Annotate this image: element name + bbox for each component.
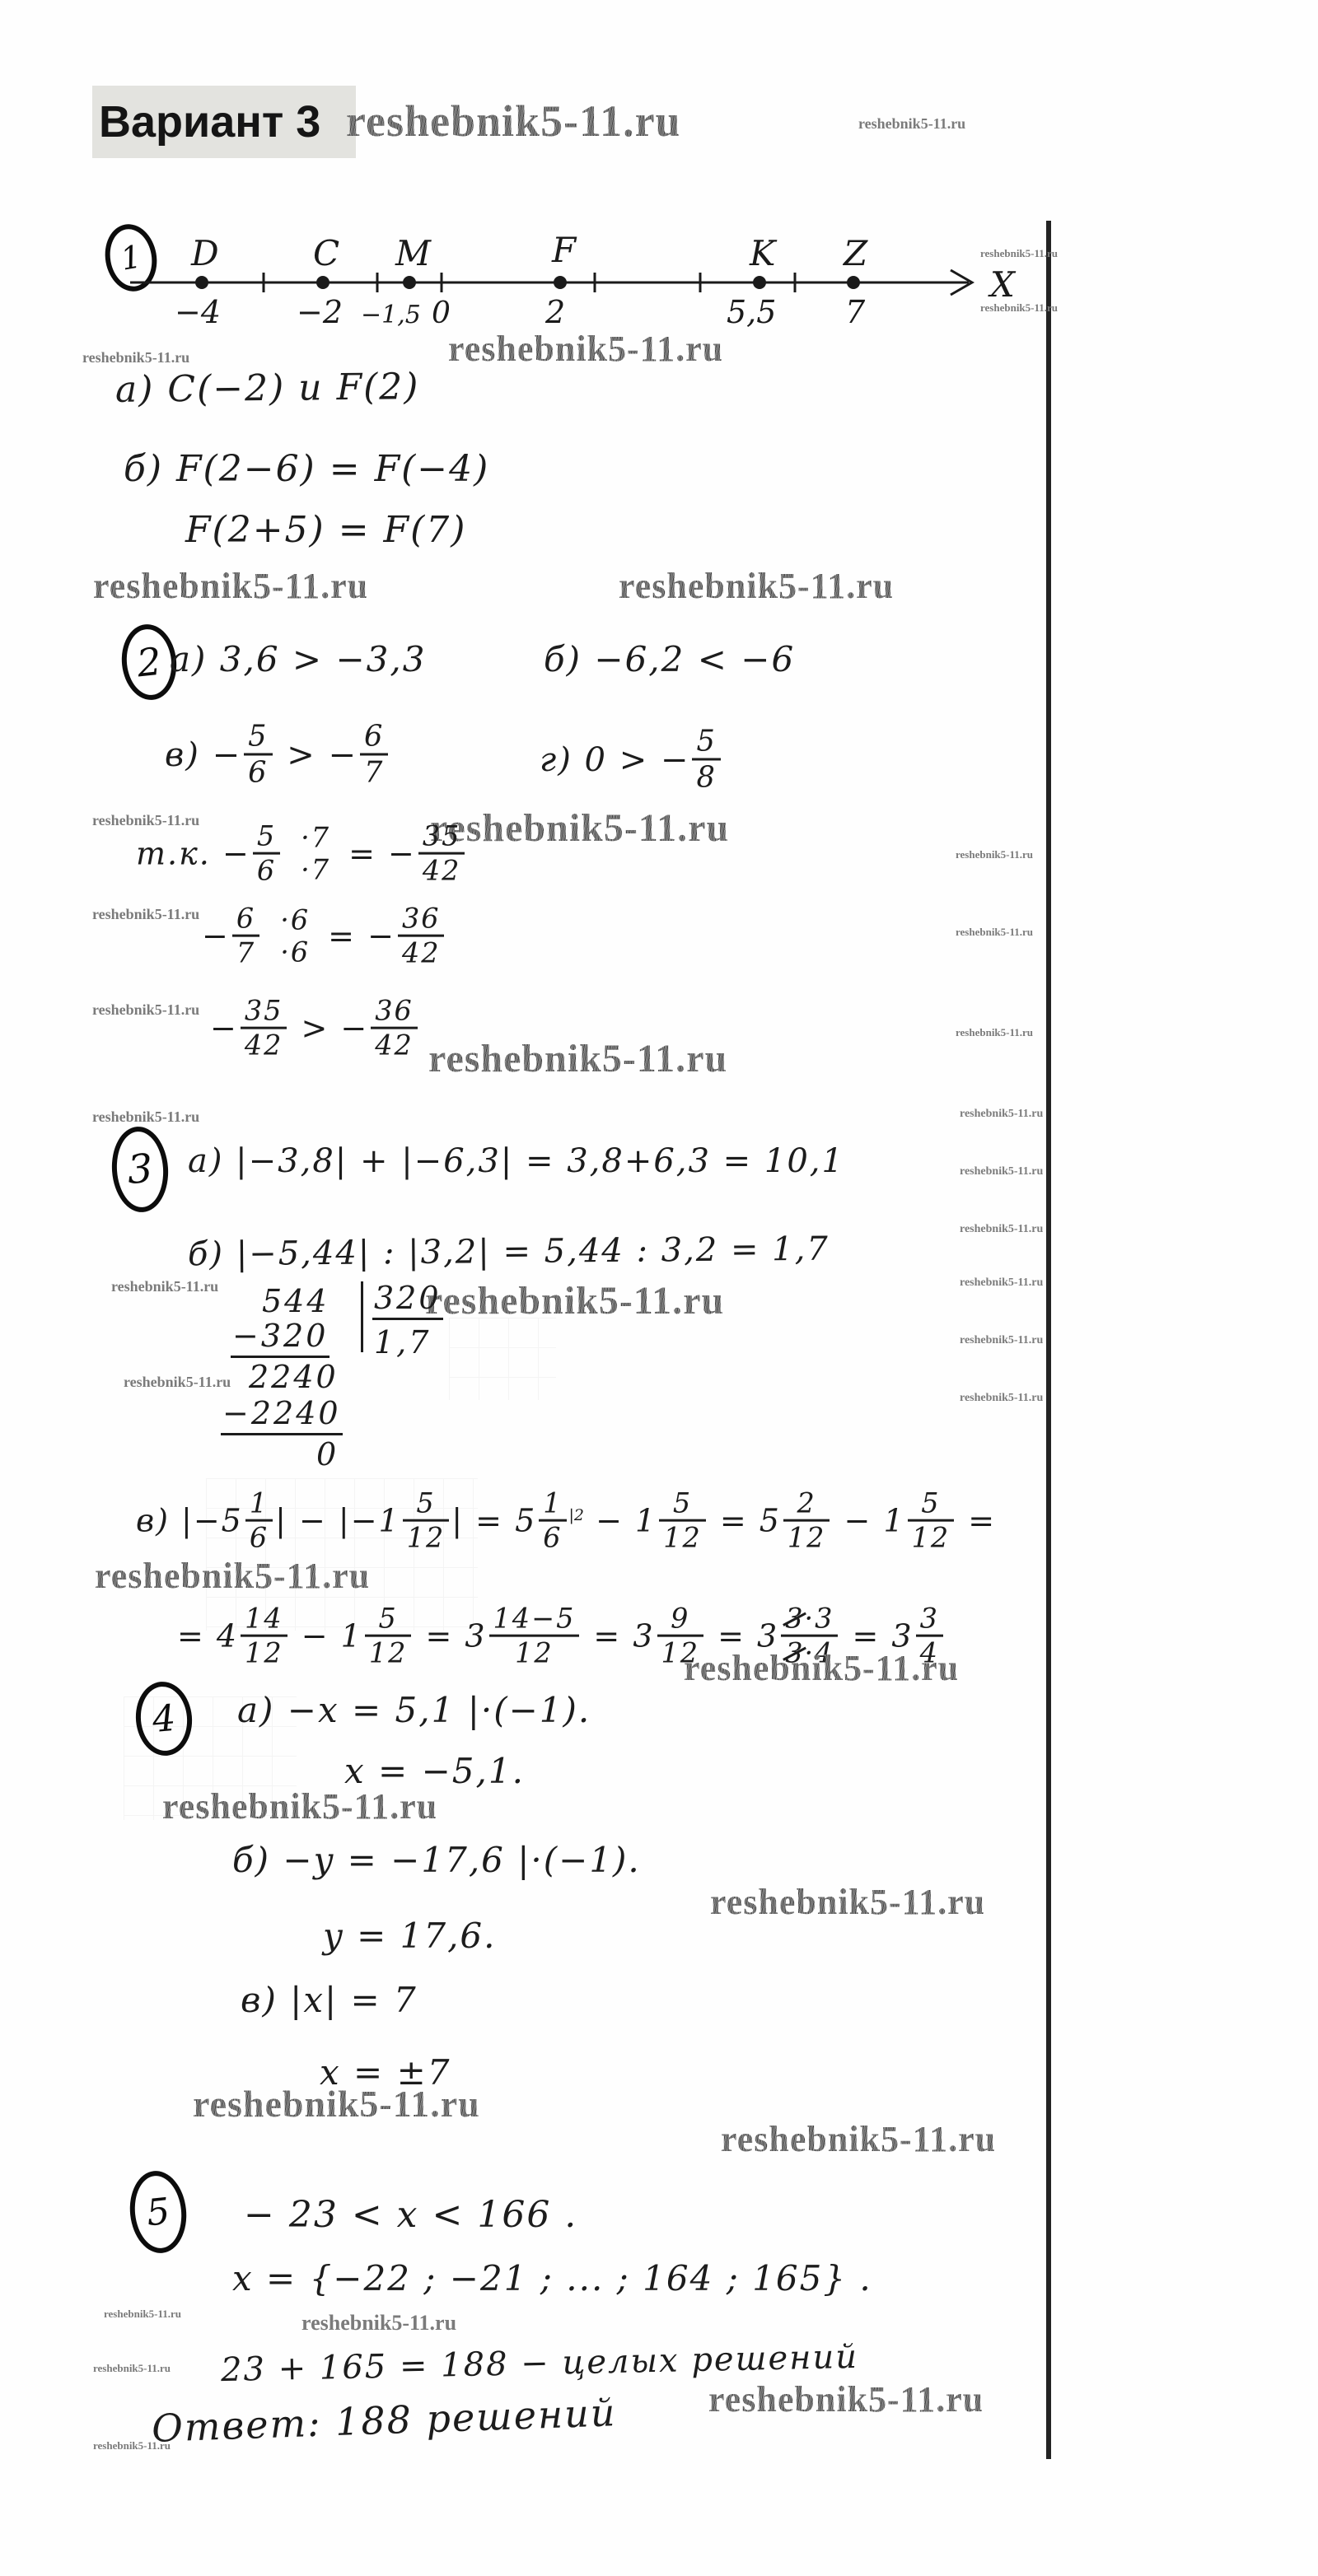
problem-2-part-b: б) −6,2 < −6 [544, 642, 795, 677]
watermark-small: reshebnik5-11.ru [960, 1108, 1043, 1121]
watermark-large: reshebnik5-11.ru [93, 565, 368, 607]
watermark-large: reshebnik5-11.ru [162, 1785, 437, 1827]
division-remainder: 0 [316, 1436, 339, 1472]
watermark-small: reshebnik5-11.ru [92, 906, 199, 923]
point-dot [753, 276, 766, 289]
watermark-large: reshebnik5-11.ru [346, 96, 681, 147]
watermark-large: reshebnik5-11.ru [428, 1036, 727, 1081]
page-edge-line [1046, 221, 1051, 2459]
problem-3-part-a: а) |−3,8| + |−6,3| = 3,8+6,3 = 10,1 [188, 1145, 844, 1178]
scanned-homework-page: Вариант 3 reshebnik5-11.ru reshebnik5-11… [0, 0, 1318, 2576]
problem-1-part-a: а) C(−2) и F(2) [115, 369, 420, 408]
point-letter: M [395, 233, 432, 273]
watermark-small: reshebnik5-11.ru [104, 2308, 181, 2321]
watermark-large: reshebnik5-11.ru [710, 1881, 985, 1923]
point-letter: Z [842, 233, 868, 273]
variant-title: Вариант 3 [99, 96, 320, 147]
point-F: F 2 [544, 230, 577, 330]
watermark-small: reshebnik5-11.ru [82, 349, 189, 366]
watermark-small: reshebnik5-11.ru [124, 1374, 231, 1391]
watermark-small: reshebnik5-11.ru [980, 301, 1058, 315]
problem-4-part-a-line-1: а) −x = 5,1 |·(−1). [237, 1693, 591, 1728]
problem-3-part-b: б) |−5,44| : |3,2| = 5,44 : 3,2 = 1,7 [188, 1233, 830, 1272]
point-letter: C [313, 233, 339, 273]
problem-5-answer: Ответ: 188 решений [151, 2393, 617, 2448]
watermark-small: reshebnik5-11.ru [93, 2439, 171, 2452]
watermark-small: reshebnik5-11.ru [111, 1278, 218, 1295]
problem-2-part-v: в) −56 > −67 [165, 723, 390, 792]
watermark-medium: reshebnik5-11.ru [301, 2311, 456, 2336]
problem-5-solution-set: x = {−22 ; −21 ; ... ; 164 ; 165} . [232, 2261, 872, 2296]
watermark-large: reshebnik5-11.ru [721, 2118, 996, 2160]
problem-2-explanation-line-2: −67 ·6·6 = −3642 [202, 906, 446, 972]
point-letter: K [749, 233, 778, 273]
problem-number-label: 5 [144, 2190, 171, 2234]
point-dot [195, 276, 208, 289]
point-value: 5,5 [727, 294, 776, 330]
division-bar [361, 1281, 363, 1352]
point-dot [316, 276, 329, 289]
problem-4-part-v-line-1: в) |x| = 7 [241, 1983, 418, 2018]
problem-2-explanation-line-3: −3542 > −3642 [210, 998, 420, 1064]
division-divisor: 320 [372, 1280, 443, 1320]
problem-5-number: 5 [126, 2168, 190, 2256]
watermark-small: reshebnik5-11.ru [92, 1001, 199, 1019]
problem-number-label: 3 [126, 1146, 154, 1193]
watermark-small: reshebnik5-11.ru [960, 1392, 1043, 1405]
watermark-small: reshebnik5-11.ru [960, 1165, 1043, 1178]
division-step: 2240 [249, 1359, 339, 1395]
watermark-small: reshebnik5-11.ru [92, 1108, 199, 1126]
watermark-small: reshebnik5-11.ru [93, 2362, 171, 2375]
problem-3-number: 3 [109, 1125, 171, 1214]
watermark-small: reshebnik5-11.ru [956, 926, 1033, 939]
problem-3-part-v-line-1: в) |−516| − |−1512| = 516|2 − 1512 = 521… [136, 1491, 996, 1556]
division-step: −2240 [221, 1395, 343, 1435]
division-step: −320 [231, 1318, 329, 1358]
watermark-small: reshebnik5-11.ru [956, 1026, 1033, 1039]
watermark-large: reshebnik5-11.ru [193, 2082, 480, 2126]
watermark-large: reshebnik5-11.ru [430, 805, 729, 851]
page-title: Вариант 3 [92, 86, 356, 158]
point-value: −4 [175, 294, 221, 330]
watermark-small: reshebnik5-11.ru [956, 848, 1033, 861]
axis-label: X [988, 264, 1017, 305]
watermark-small: reshebnik5-11.ru [960, 1334, 1043, 1347]
watermark-small: reshebnik5-11.ru [858, 115, 965, 133]
point-value: 7 [845, 294, 866, 330]
point-value: 2 [544, 294, 565, 330]
division-dividend: 544 [262, 1283, 329, 1319]
point-letter: F [551, 230, 577, 270]
watermark-small: reshebnik5-11.ru [980, 247, 1058, 260]
point-letter: D [190, 233, 219, 273]
problem-number-label: 4 [151, 1696, 177, 1740]
problem-2-part-g: г) 0 > −58 [540, 728, 723, 797]
point-dot [554, 276, 567, 289]
problem-2-part-a: а) 3,6 > −3,3 [170, 642, 426, 677]
problem-1-part-b-line-1: б) F(2−6) = F(−4) [124, 451, 489, 488]
watermark-small: reshebnik5-11.ru [960, 1223, 1043, 1236]
long-division: 544 320 1,7 −320 2240 −2240 0 [219, 1278, 499, 1468]
problem-4-part-a-line-2: x = −5,1. [344, 1754, 525, 1789]
problem-2-explanation-line-1: т.к. −56 ·7·7 = −3542 [136, 824, 467, 889]
point-value: −2 [297, 294, 343, 330]
zero-label: 0 [432, 296, 451, 330]
watermark-large: reshebnik5-11.ru [708, 2378, 984, 2420]
watermark-large: reshebnik5-11.ru [448, 328, 723, 370]
problem-4-part-b-line-1: б) −y = −17,6 |·(−1). [232, 1843, 641, 1878]
problem-4-part-b-line-2: y = 17,6. [323, 1919, 497, 1953]
point-dot [403, 276, 416, 289]
problem-4-number: 4 [133, 1679, 195, 1758]
problem-5-inequality: − 23 < x < 166 . [244, 2197, 577, 2233]
problem-number-label: 2 [135, 639, 164, 686]
watermark-large: reshebnik5-11.ru [684, 1647, 959, 1689]
watermark-small: reshebnik5-11.ru [960, 1276, 1043, 1290]
watermark-large: reshebnik5-11.ru [95, 1555, 370, 1597]
watermark-large: reshebnik5-11.ru [619, 565, 894, 607]
point-dot [847, 276, 860, 289]
point-value: −1,5 [361, 301, 421, 329]
division-quotient: 1,7 [374, 1324, 431, 1360]
problem-1-part-b-line-2: F(2+5) = F(7) [185, 512, 466, 548]
